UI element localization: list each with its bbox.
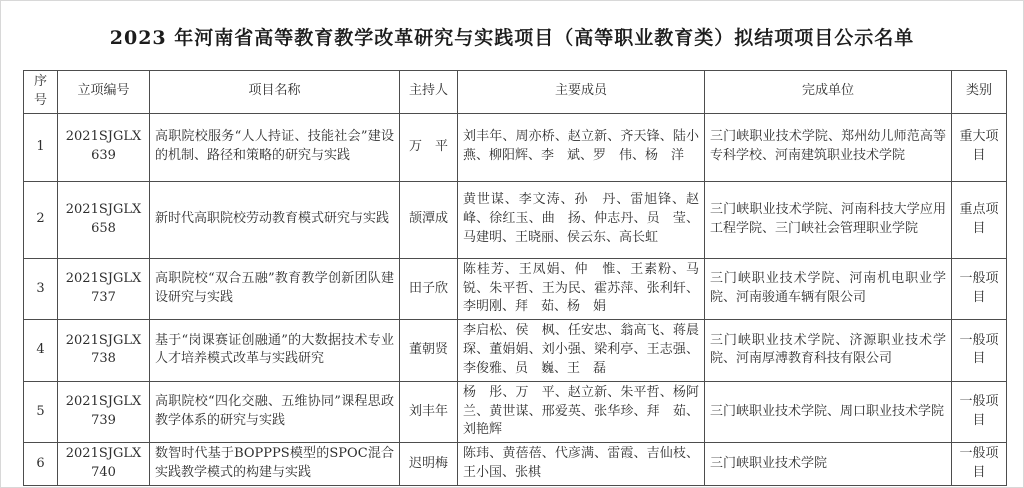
members-cell: 杨 彤、万 平、赵立新、朱平哲、杨阿兰、黄世谋、邢爱英、张华珍、拜 茹、刘艳辉 — [458, 381, 705, 443]
code-cell: 2021SJGLX 658 — [58, 181, 150, 258]
project-name-cell: 高职院校“双合五融”教育教学创新团队建设研究与实践 — [150, 258, 400, 320]
header-project-name: 项目名称 — [150, 71, 400, 114]
members-cell: 刘丰年、周亦桥、赵立新、齐天锋、陆小燕、柳阳辉、李 斌、罗 伟、杨 洋 — [458, 113, 705, 181]
table-row: 6 2021SJGLX 740 数智时代基于BOPPPS模型的SPOC混合实践教… — [24, 443, 1007, 486]
code-cell: 2021SJGLX 740 — [58, 443, 150, 486]
category-cell: 重大项目 — [952, 113, 1007, 181]
project-name-cell: 新时代高职院校劳动教育模式研究与实践 — [150, 181, 400, 258]
header-category: 类别 — [952, 71, 1007, 114]
seq-cell: 6 — [24, 443, 58, 486]
category-cell: 一般项目 — [952, 320, 1007, 382]
table-row: 4 2021SJGLX 738 基于“岗课赛证创融通”的大数据技术专业人才培养模… — [24, 320, 1007, 382]
table-header-row: 序号 立项编号 项目名称 主持人 主要成员 完成单位 类别 — [24, 71, 1007, 114]
org-cell: 三门峡职业技术学院 — [705, 443, 952, 486]
code-cell: 2021SJGLX 639 — [58, 113, 150, 181]
seq-cell: 3 — [24, 258, 58, 320]
header-code: 立项编号 — [58, 71, 150, 114]
table-row: 2 2021SJGLX 658 新时代高职院校劳动教育模式研究与实践 颉潭成 黄… — [24, 181, 1007, 258]
header-members: 主要成员 — [458, 71, 705, 114]
table-row: 5 2021SJGLX 739 高职院校“四化交融、五维协同”课程思政教学体系的… — [24, 381, 1007, 443]
category-cell: 一般项目 — [952, 258, 1007, 320]
code-cell: 2021SJGLX 738 — [58, 320, 150, 382]
header-leader: 主持人 — [400, 71, 458, 114]
category-cell: 一般项目 — [952, 381, 1007, 443]
category-cell: 重点项目 — [952, 181, 1007, 258]
leader-cell: 万 平 — [400, 113, 458, 181]
org-cell: 三门峡职业技术学院、河南机电职业学院、河南骏通车辆有限公司 — [705, 258, 952, 320]
leader-cell: 刘丰年 — [400, 381, 458, 443]
project-name-cell: 数智时代基于BOPPPS模型的SPOC混合实践教学模式的构建与实践 — [150, 443, 400, 486]
code-cell: 2021SJGLX 737 — [58, 258, 150, 320]
seq-cell: 2 — [24, 181, 58, 258]
header-seq: 序号 — [24, 71, 58, 114]
seq-cell: 1 — [24, 113, 58, 181]
org-cell: 三门峡职业技术学院、周口职业技术学院 — [705, 381, 952, 443]
project-name-cell: 高职院校“四化交融、五维协同”课程思政教学体系的研究与实践 — [150, 381, 400, 443]
members-cell: 李启松、侯 枫、任安忠、翁高飞、蒋晨琛、董娟娟、刘小强、梁利亭、王志强、李俊雅、… — [458, 320, 705, 382]
leader-cell: 董朝贤 — [400, 320, 458, 382]
leader-cell: 颉潭成 — [400, 181, 458, 258]
code-cell: 2021SJGLX 739 — [58, 381, 150, 443]
table-row: 3 2021SJGLX 737 高职院校“双合五融”教育教学创新团队建设研究与实… — [24, 258, 1007, 320]
seq-cell: 4 — [24, 320, 58, 382]
members-cell: 黄世谋、李文涛、孙 丹、雷旭锋、赵 峰、徐红玉、曲 扬、仲志丹、员 莹、马建明、… — [458, 181, 705, 258]
org-cell: 三门峡职业技术学院、郑州幼儿师范高等专科学校、河南建筑职业技术学院 — [705, 113, 952, 181]
org-cell: 三门峡职业技术学院、河南科技大学应用工程学院、三门峡社会管理职业学院 — [705, 181, 952, 258]
projects-table: 序号 立项编号 项目名称 主持人 主要成员 完成单位 类别 1 2021SJGL… — [23, 70, 1007, 486]
leader-cell: 田子欣 — [400, 258, 458, 320]
page-title: 2023 年河南省高等教育教学改革研究与实践项目（高等职业教育类）拟结项项目公示… — [21, 23, 1003, 50]
org-cell: 三门峡职业技术学院、济源职业技术学院、河南厚溥教育科技有限公司 — [705, 320, 952, 382]
table-row: 1 2021SJGLX 639 高职院校服务“人人持证、技能社会”建设的机制、路… — [24, 113, 1007, 181]
page: { "page": { "title": "2023 年河南省高等教育教学改革研… — [0, 0, 1024, 488]
project-name-cell: 高职院校服务“人人持证、技能社会”建设的机制、路径和策略的研究与实践 — [150, 113, 400, 181]
leader-cell: 迟明梅 — [400, 443, 458, 486]
members-cell: 陈玮、黄蓓蓓、代彦满、雷霞、吉仙枝、王小国、张棋 — [458, 443, 705, 486]
category-cell: 一般项目 — [952, 443, 1007, 486]
members-cell: 陈桂芳、王凤娟、仲 惟、王素粉、马 锐、朱平哲、王为民、霍苏萍、张利轩、李明刚、… — [458, 258, 705, 320]
seq-cell: 5 — [24, 381, 58, 443]
header-org: 完成单位 — [705, 71, 952, 114]
project-name-cell: 基于“岗课赛证创融通”的大数据技术专业人才培养模式改革与实践研究 — [150, 320, 400, 382]
